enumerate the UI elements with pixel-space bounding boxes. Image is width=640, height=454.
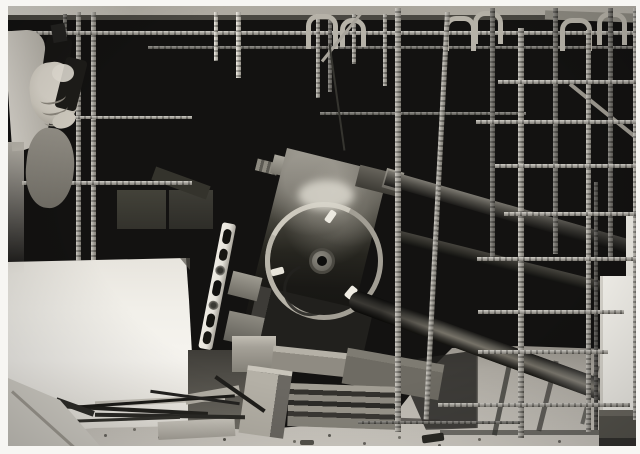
rebar-vertical: [608, 8, 613, 258]
rebar-vertical: [518, 28, 524, 438]
rebar-vertical: [395, 8, 401, 432]
rebar-vertical: [586, 30, 591, 432]
print-border-right: [636, 0, 640, 454]
rebar-diagonal: [569, 82, 636, 140]
rebar-stub: [214, 12, 218, 61]
construction-photo: [8, 6, 636, 446]
rebar-stub: [383, 14, 387, 86]
level-slot: [205, 313, 216, 328]
level-vial: [214, 265, 226, 277]
rebar-vertical: [594, 182, 598, 430]
rebar-stub: [236, 12, 241, 78]
rebar-horizontal: [477, 257, 636, 261]
rebar-horizontal: [504, 212, 636, 216]
rebar-horizontal: [358, 421, 520, 424]
rebar-hook: [473, 11, 503, 44]
print-border-top: [0, 0, 640, 6]
rebar-horizontal: [476, 120, 636, 124]
level-slot: [218, 248, 228, 261]
hanging-wire: [329, 44, 346, 150]
rebar-vertical: [76, 12, 81, 268]
rebar-vertical: [91, 12, 96, 272]
arm-edge: [8, 142, 24, 274]
rebar-horizontal: [320, 112, 526, 115]
white-column: [600, 276, 636, 414]
ground-debris: [300, 440, 314, 445]
print-border-left: [0, 0, 8, 454]
knuckle-highlight: [52, 64, 74, 82]
level-slot: [202, 331, 212, 345]
print-border-bottom: [0, 446, 640, 454]
background-panel: [117, 190, 166, 229]
dark-block-bottom-right: [599, 410, 636, 446]
rebar-vertical: [490, 8, 495, 260]
rebar-horizontal: [478, 310, 624, 314]
rebar-horizontal: [478, 350, 608, 354]
rebar-horizontal: [498, 80, 636, 84]
tool-grip: [51, 23, 68, 43]
wood-block-tall: [238, 365, 292, 439]
dust-patch: [298, 180, 354, 210]
level-slot: [221, 228, 232, 244]
rebar-horizontal: [438, 403, 630, 407]
rebar-horizontal: [495, 164, 636, 168]
photo-frame: [0, 0, 640, 454]
rebar-vertical: [553, 8, 558, 254]
disc-hub-hole: [317, 256, 327, 266]
level-vial: [208, 300, 220, 311]
level-slot: [211, 280, 222, 297]
